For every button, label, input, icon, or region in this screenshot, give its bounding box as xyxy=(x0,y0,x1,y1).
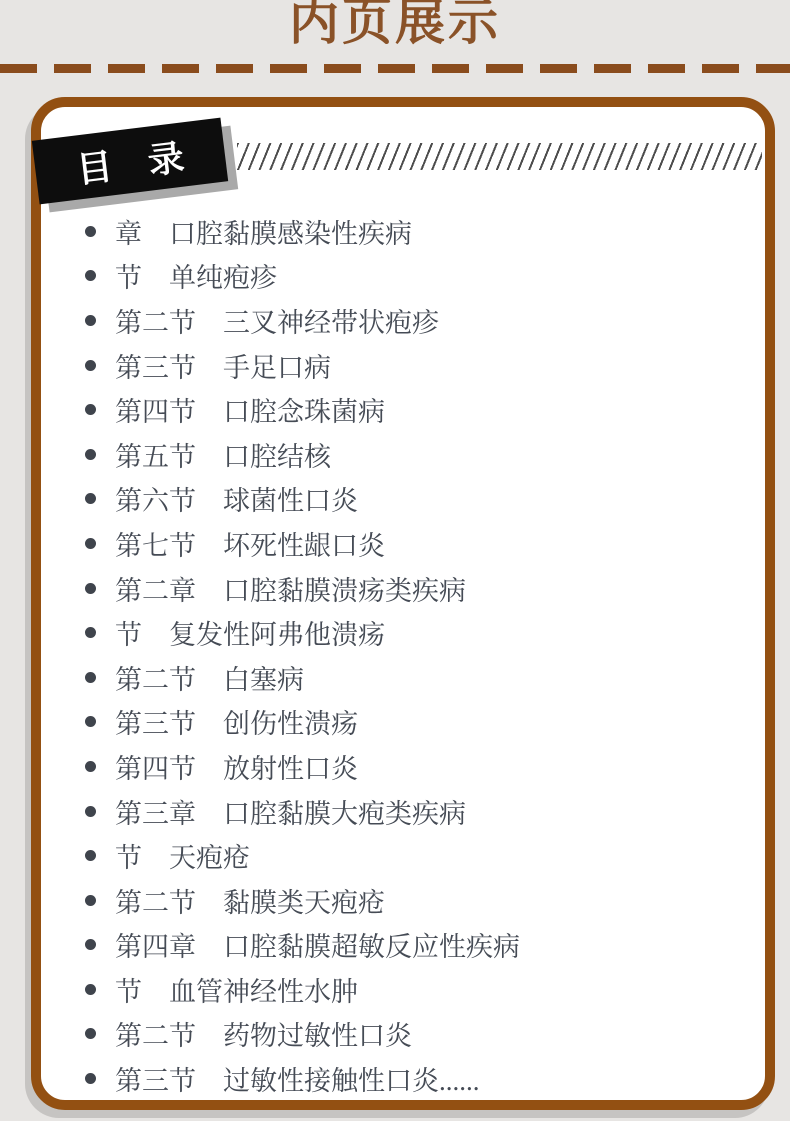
toc-item-label: 节 血管神经性水肿 xyxy=(115,970,358,1009)
bullet-icon xyxy=(85,761,96,772)
toc-item-label: 第二章 口腔黏膜溃疡类疾病 xyxy=(115,569,466,608)
toc-item-label: 第五节 口腔结核 xyxy=(115,435,331,474)
bullet-icon xyxy=(85,984,96,995)
bullet-icon xyxy=(85,404,96,415)
page-title: 内页展示 xyxy=(0,0,790,52)
bullet-icon xyxy=(85,806,96,817)
toc-item-label: 第三节 过敏性接触性口炎...... xyxy=(115,1059,480,1098)
toc-badge-label: 目 录 xyxy=(73,129,186,193)
toc-item-label: 节 复发性阿弗他溃疡 xyxy=(115,613,385,652)
bullet-icon xyxy=(85,1028,96,1039)
toc-item: 第六节 球菌性口炎 xyxy=(85,477,745,522)
toc-item-label: 节 单纯疱疹 xyxy=(115,256,277,295)
toc-item-label: 第三节 创伤性溃疡 xyxy=(115,702,358,741)
toc-item: 第二章 口腔黏膜溃疡类疾病 xyxy=(85,566,745,611)
toc-item: 第二节 白塞病 xyxy=(85,655,745,700)
toc-item: 第三节 手足口病 xyxy=(85,343,745,388)
toc-item-label: 第三节 手足口病 xyxy=(115,346,331,385)
toc-item-label: 第七节 坏死性龈口炎 xyxy=(115,524,385,563)
toc-item: 第二节 药物过敏性口炎 xyxy=(85,1012,745,1057)
toc-item: 第四节 口腔念珠菌病 xyxy=(85,387,745,432)
toc-item-label: 第六节 球菌性口炎 xyxy=(115,479,358,518)
toc-list: 章 口腔黏膜感染性疾病 节 单纯疱疹 第二节 三叉神经带状疱疹 第三节 手足口病… xyxy=(85,209,745,1101)
bullet-icon xyxy=(85,493,96,504)
toc-item: 第四节 放射性口炎 xyxy=(85,744,745,789)
toc-item: 第二节 三叉神经带状疱疹 xyxy=(85,298,745,343)
toc-item-label: 第四节 放射性口炎 xyxy=(115,747,358,786)
toc-item-label: 第二节 黏膜类天疱疮 xyxy=(115,881,385,920)
toc-item: 节 复发性阿弗他溃疡 xyxy=(85,610,745,655)
toc-item-label: 第四章 口腔黏膜超敏反应性疾病 xyxy=(115,925,520,964)
bullet-icon xyxy=(85,895,96,906)
bullet-icon xyxy=(85,939,96,950)
toc-item: 第七节 坏死性龈口炎 xyxy=(85,521,745,566)
toc-item: 节 单纯疱疹 xyxy=(85,254,745,299)
toc-item-label: 第三章 口腔黏膜大疱类疾病 xyxy=(115,792,466,831)
bullet-icon xyxy=(85,583,96,594)
bullet-icon xyxy=(85,850,96,861)
bullet-icon xyxy=(85,716,96,727)
bullet-icon xyxy=(85,360,96,371)
toc-item-label: 第四节 口腔念珠菌病 xyxy=(115,390,385,429)
toc-item: 节 天疱疮 xyxy=(85,833,745,878)
toc-item-label: 第二节 药物过敏性口炎 xyxy=(115,1014,412,1053)
toc-item: 第三节 过敏性接触性口炎...... xyxy=(85,1056,745,1101)
bullet-icon xyxy=(85,672,96,683)
toc-item: 第五节 口腔结核 xyxy=(85,432,745,477)
bullet-icon xyxy=(85,270,96,281)
dashed-divider xyxy=(0,64,790,73)
toc-item: 节 血管神经性水肿 xyxy=(85,967,745,1012)
toc-card: 目 录 章 口腔黏膜感染性疾病 节 单纯疱疹 第二节 三叉神经带状疱疹 第三节 … xyxy=(31,97,775,1110)
hatch-pattern xyxy=(237,143,762,170)
toc-item: 第三节 创伤性溃疡 xyxy=(85,700,745,745)
toc-item: 第四章 口腔黏膜超敏反应性疾病 xyxy=(85,923,745,968)
bullet-icon xyxy=(85,226,96,237)
toc-item-label: 节 天疱疮 xyxy=(115,836,250,875)
bullet-icon xyxy=(85,627,96,638)
toc-item: 第三章 口腔黏膜大疱类疾病 xyxy=(85,789,745,834)
bullet-icon xyxy=(85,315,96,326)
toc-item-label: 第二节 白塞病 xyxy=(115,658,304,697)
bullet-icon xyxy=(85,449,96,460)
toc-item: 章 口腔黏膜感染性疾病 xyxy=(85,209,745,254)
toc-item-label: 第二节 三叉神经带状疱疹 xyxy=(115,301,439,340)
bullet-icon xyxy=(85,1073,96,1084)
toc-item-label: 章 口腔黏膜感染性疾病 xyxy=(115,212,412,251)
toc-item: 第二节 黏膜类天疱疮 xyxy=(85,878,745,923)
bullet-icon xyxy=(85,538,96,549)
